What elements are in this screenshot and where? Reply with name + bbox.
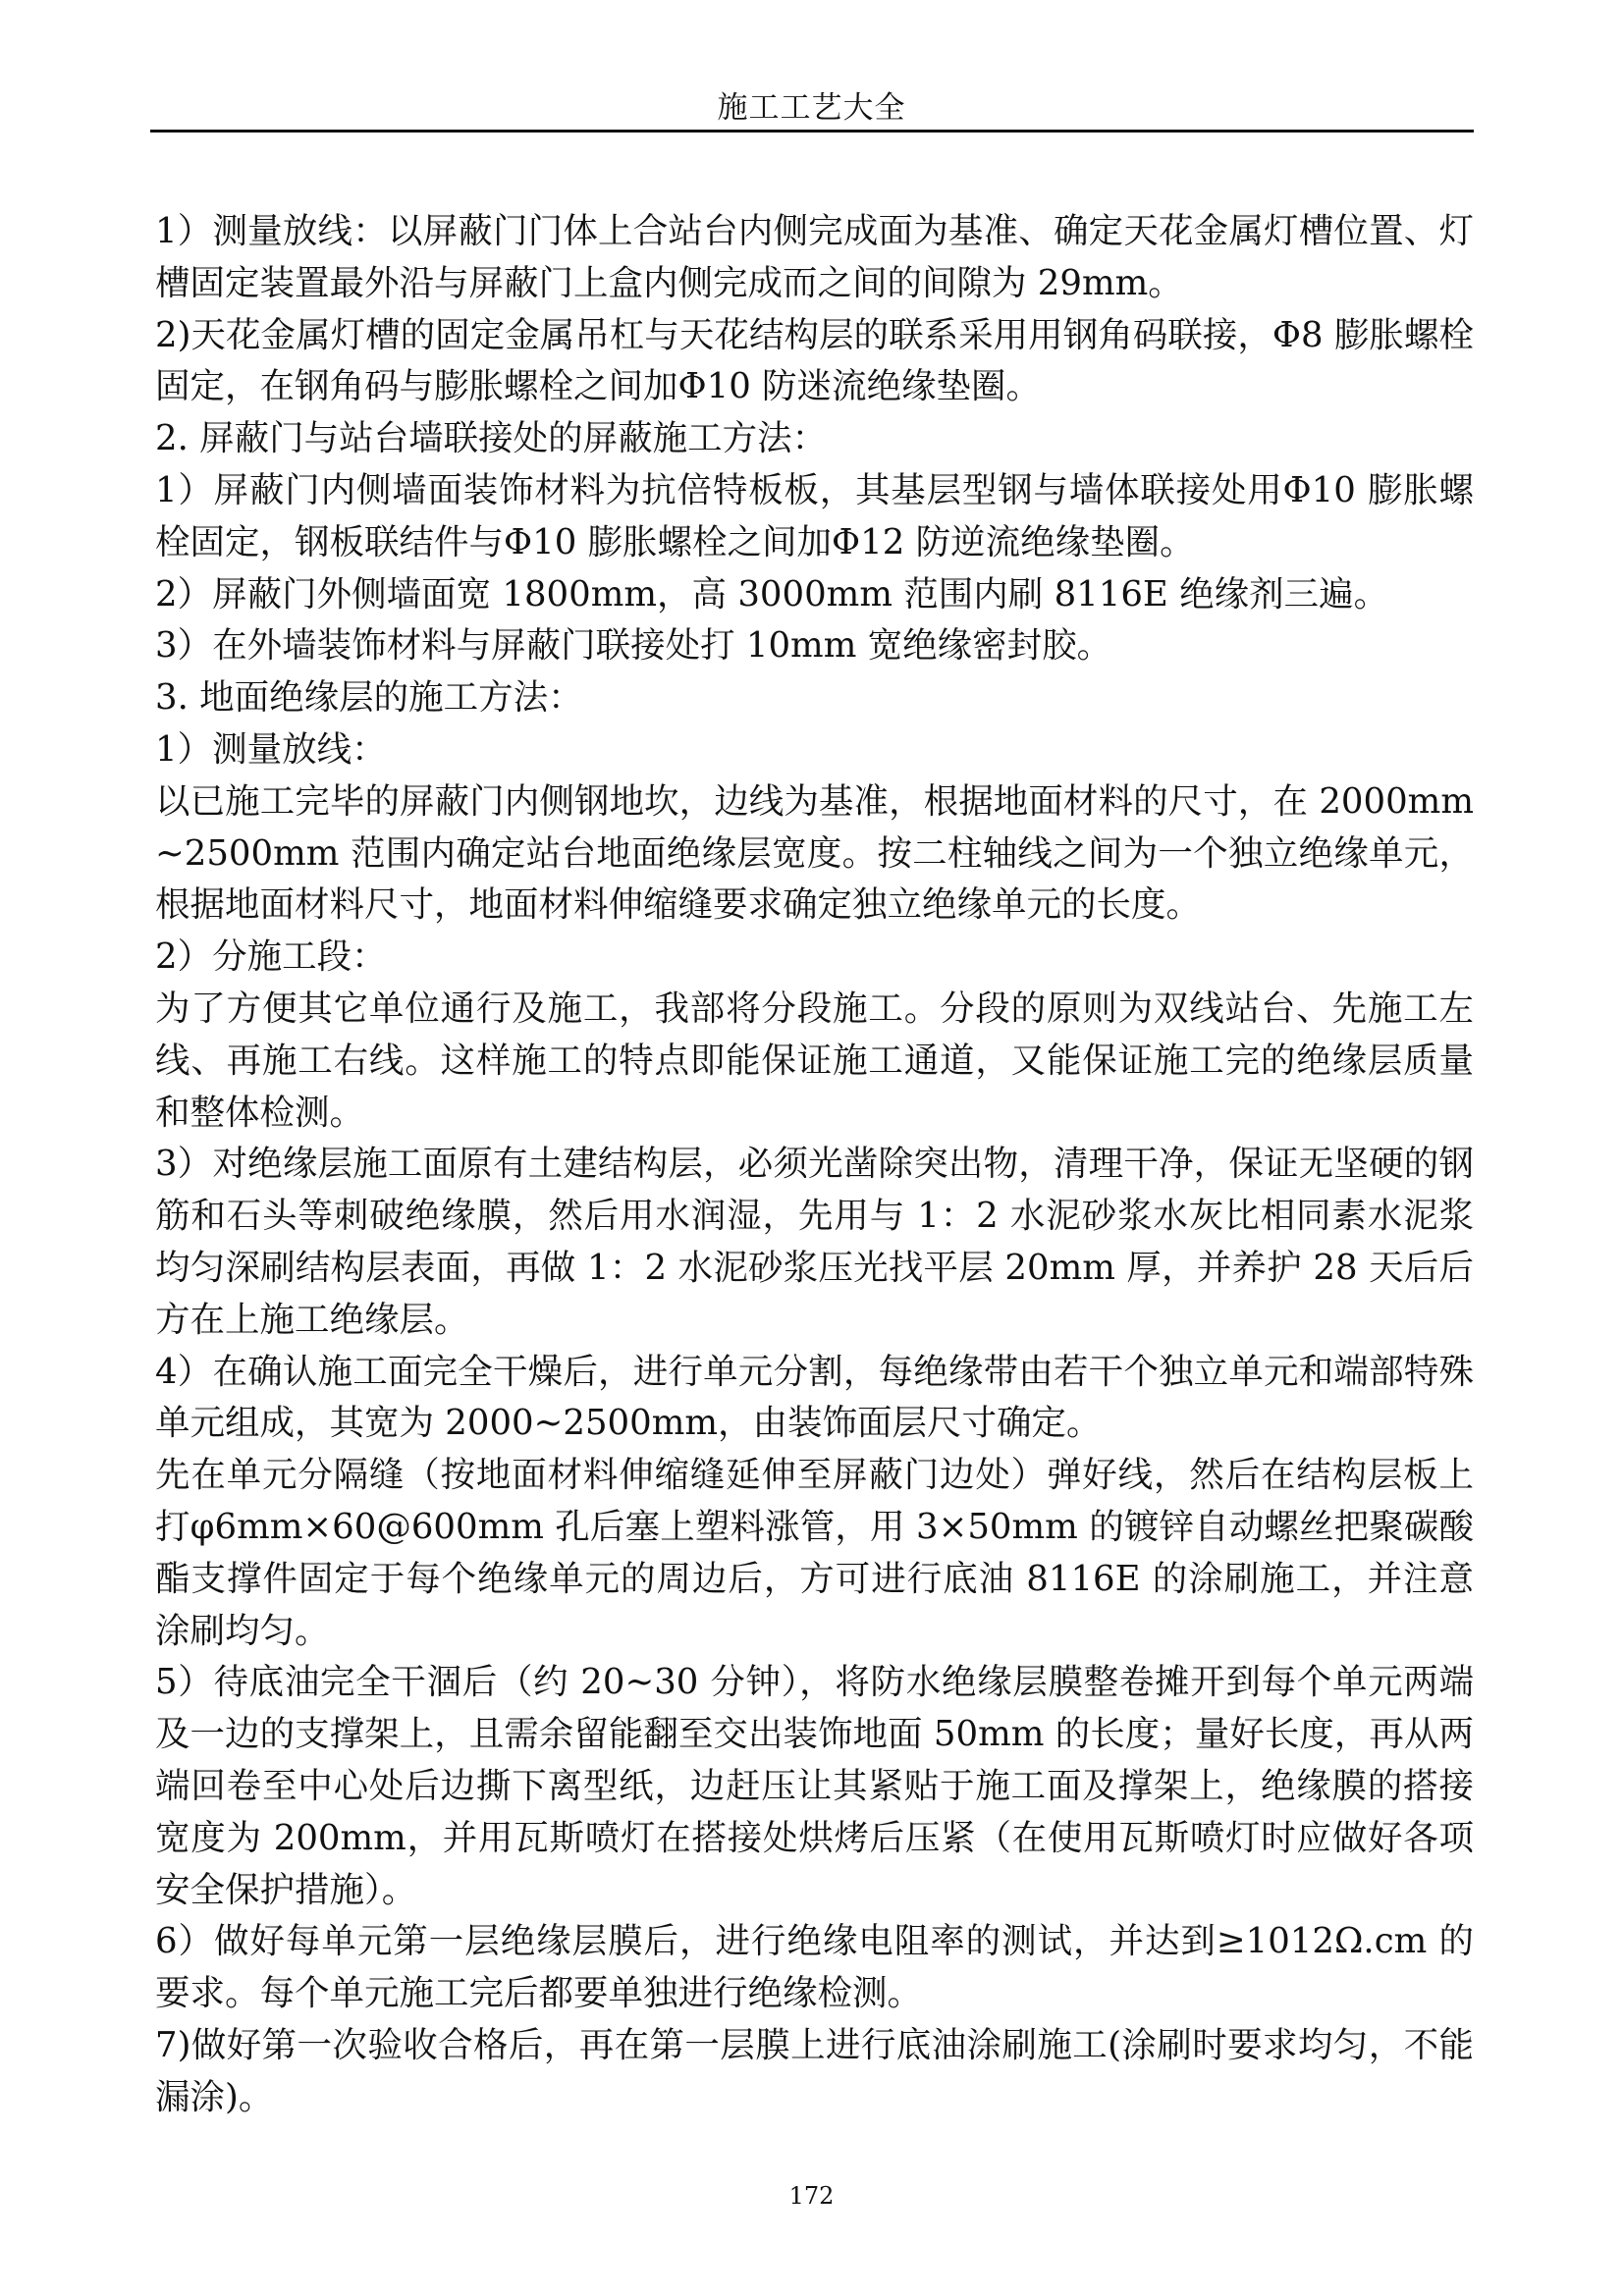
paragraph-1-2-light-trough-fixing: 2)天花金属灯槽的固定金属吊杠与天花结构层的联系采用用钢角码联接，Φ8 膨胀螺栓… (155, 310, 1474, 414)
paragraph-2-2-outer-wall: 2）屏蔽门外侧墙面宽 1800mm，高 3000mm 范围内刷 8116E 绝缘… (155, 569, 1474, 621)
paragraph-2-3-sealant: 3）在外墙装饰材料与屏蔽门联接处打 10mm 宽绝缘密封胶。 (155, 620, 1474, 672)
section-heading-2: 2. 屏蔽门与站台墙联接处的屏蔽施工方法： (155, 413, 1474, 465)
paragraph-3-3-surface-prep: 3）对绝缘层施工面原有土建结构层，必须光凿除突出物，清理干净，保证无坚硬的钢筋和… (155, 1139, 1474, 1346)
paragraph-3-1-body: 以已施工完毕的屏蔽门内侧钢地坎，边线为基准，根据地面材料的尺寸，在 2000mm… (155, 776, 1474, 932)
paragraph-3-4-support-fixing: 先在单元分隔缝（按地面材料伸缩缝延伸至屏蔽门边处）弹好线，然后在结构层板上打φ6… (155, 1450, 1474, 1657)
subheading-3-1-surveying: 1）测量放线： (155, 724, 1474, 776)
paragraph-3-4-unit-division: 4）在确认施工面完全干燥后，进行单元分割，每绝缘带由若干个独立单元和端部特殊单元… (155, 1347, 1474, 1451)
page-number: 172 (0, 2181, 1623, 2211)
paragraph-3-7-second-coat: 7)做好第一次验收合格后，再在第一层膜上进行底油涂刷施工(涂刷时要求均匀，不能漏… (155, 2020, 1474, 2124)
paragraph-3-5-membrane-laying: 5）待底油完全干涸后（约 20~30 分钟），将防水绝缘层膜整卷摊开到每个单元两… (155, 1657, 1474, 1916)
paragraph-3-6-resistance-test: 6）做好每单元第一层绝缘层膜后，进行绝缘电阻率的测试，并达到≥1012Ω.cm … (155, 1916, 1474, 2020)
section-heading-3: 3. 地面绝缘层的施工方法： (155, 672, 1474, 724)
document-body: 1）测量放线：以屏蔽门门体上合站台内侧完成面为基准、确定天花金属灯槽位置、灯槽固… (155, 206, 1474, 2123)
subheading-3-2-segments: 2）分施工段： (155, 932, 1474, 984)
header-divider (150, 130, 1474, 133)
paragraph-3-2-body: 为了方便其它单位通行及施工，我部将分段施工。分段的原则为双线站台、先施工左线、再… (155, 984, 1474, 1139)
paragraph-1-1-surveying: 1）测量放线：以屏蔽门门体上合站台内侧完成面为基准、确定天花金属灯槽位置、灯槽固… (155, 206, 1474, 310)
paragraph-2-1-inner-wall: 1）屏蔽门内侧墙面装饰材料为抗倍特板板，其基层型钢与墙体联接处用Φ10 膨胀螺栓… (155, 465, 1474, 569)
running-header-title: 施工工艺大全 (0, 90, 1623, 126)
